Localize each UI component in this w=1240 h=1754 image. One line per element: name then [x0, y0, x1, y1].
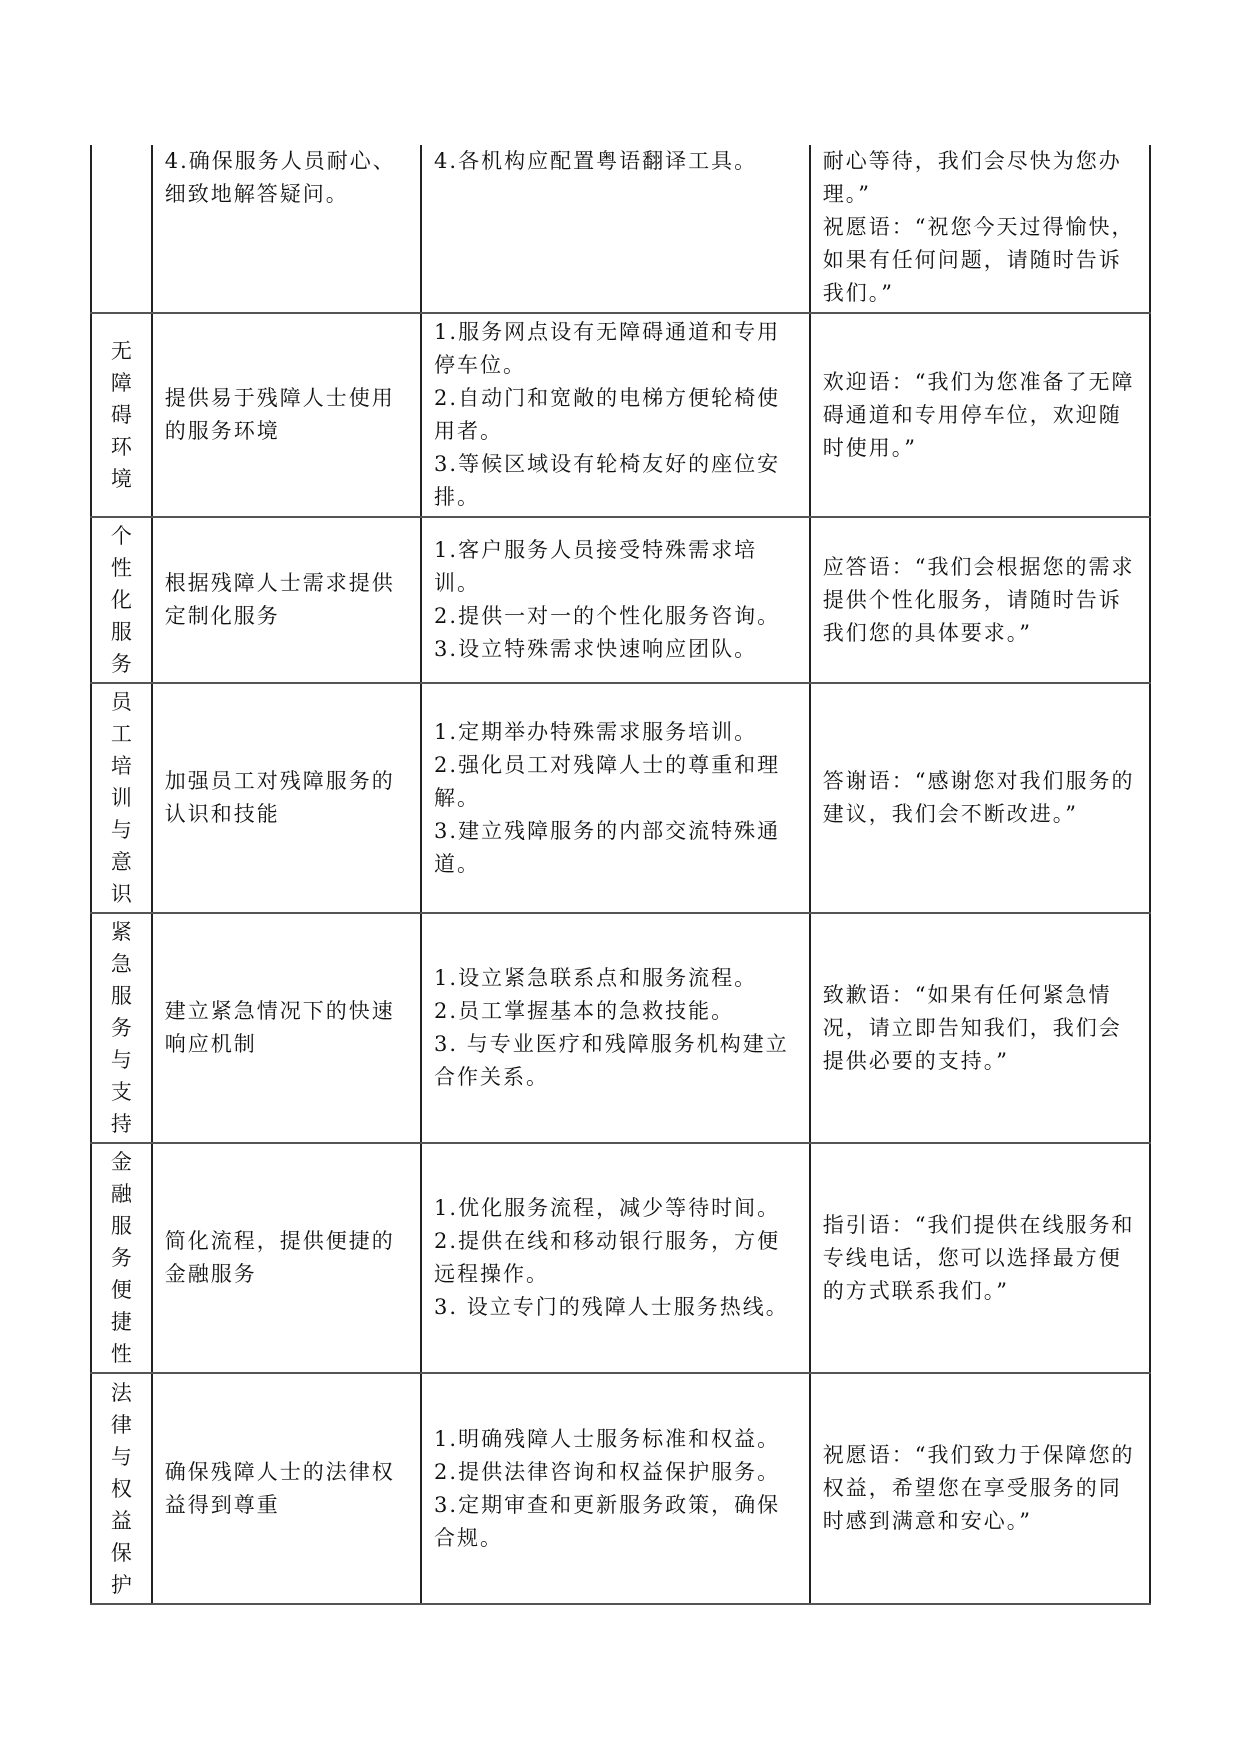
measures-cell: 1.优化服务流程，减少等待时间。2.提供在线和移动银行服务，方便远程操作。3. …: [421, 1143, 810, 1373]
category-char: 权: [104, 1473, 139, 1505]
category-char: 与: [104, 1441, 139, 1473]
category-char: 识: [104, 878, 139, 910]
table-row: 金融服务便捷性简化流程，提供便捷的金融服务1.优化服务流程，减少等待时间。2.提…: [91, 1143, 1150, 1373]
category-char: 性: [104, 1338, 139, 1370]
measure-item: 1.明确残障人士服务标准和权益。: [434, 1423, 797, 1456]
category-cell: 金融服务便捷性: [91, 1143, 152, 1373]
category-char: 与: [104, 1044, 139, 1076]
measure-item: 2.提供法律咨询和权益保护服务。: [434, 1456, 797, 1489]
goal-cell: 根据残障人士需求提供定制化服务: [152, 517, 421, 683]
category-char: 金: [104, 1146, 139, 1178]
category-char: 训: [104, 782, 139, 814]
category-char: 务: [104, 1012, 139, 1044]
phrases-cell: 致歉语：“如果有任何紧急情况，请立即告知我们，我们会提供必要的支持。”: [810, 913, 1150, 1143]
phrase-item: 祝愿语：“祝您今天过得愉快，如果有任何问题，请随时告诉我们。”: [823, 211, 1137, 310]
category-char: 与: [104, 814, 139, 846]
category-char: 个: [104, 520, 139, 552]
category-char: 无: [104, 335, 139, 367]
goal-cell: 加强员工对残障服务的认识和技能: [152, 683, 421, 913]
category-char: 支: [104, 1076, 139, 1108]
category-char: 障: [104, 367, 139, 399]
phrase-item: 耐心等待，我们会尽快为您办理。”: [823, 145, 1137, 211]
category-char: 便: [104, 1274, 139, 1306]
category-char: 持: [104, 1108, 139, 1140]
phrase-item: 祝愿语：“我们致力于保障您的权益，希望您在享受服务的同时感到满意和安心。”: [823, 1439, 1137, 1538]
category-char: 捷: [104, 1306, 139, 1338]
category-cell: 紧急服务与支持: [91, 913, 152, 1143]
goal-cell: 4.确保服务人员耐心、细致地解答疑问。: [152, 145, 421, 313]
measures-cell: 4.各机构应配置粤语翻译工具。: [421, 145, 810, 313]
category-char: 员: [104, 686, 139, 718]
phrase-item: 指引语：“我们提供在线服务和专线电话，您可以选择最方便的方式联系我们。”: [823, 1209, 1137, 1308]
measure-item: 3.建立残障服务的内部交流特殊通道。: [434, 815, 797, 881]
table-row: 4.确保服务人员耐心、细致地解答疑问。4.各机构应配置粤语翻译工具。耐心等待，我…: [91, 145, 1150, 313]
category-cell: 员工培训与意识: [91, 683, 152, 913]
table-row: 个性化服务根据残障人士需求提供定制化服务1.客户服务人员接受特殊需求培训。2.提…: [91, 517, 1150, 683]
category-char: 化: [104, 584, 139, 616]
phrase-item: 致歉语：“如果有任何紧急情况，请立即告知我们，我们会提供必要的支持。”: [823, 979, 1137, 1078]
category-char: 律: [104, 1409, 139, 1441]
measure-item: 4.各机构应配置粤语翻译工具。: [434, 145, 797, 178]
table-row: 紧急服务与支持建立紧急情况下的快速响应机制1.设立紧急联系点和服务流程。2.员工…: [91, 913, 1150, 1143]
category-cell: 法律与权益保护: [91, 1373, 152, 1604]
category-char: 碍: [104, 399, 139, 431]
table-row: 法律与权益保护确保残障人士的法律权益得到尊重1.明确残障人士服务标准和权益。2.…: [91, 1373, 1150, 1604]
phrase-item: 答谢语：“感谢您对我们服务的建议，我们会不断改进。”: [823, 765, 1137, 831]
service-standards-table: 4.确保服务人员耐心、细致地解答疑问。4.各机构应配置粤语翻译工具。耐心等待，我…: [90, 145, 1151, 1605]
measure-item: 3.设立特殊需求快速响应团队。: [434, 633, 797, 666]
measure-item: 1.优化服务流程，减少等待时间。: [434, 1192, 797, 1225]
phrases-cell: 应答语：“我们会根据您的需求提供个性化服务，请随时告诉我们您的具体要求。”: [810, 517, 1150, 683]
category-char: 境: [104, 463, 139, 495]
measure-item: 3. 设立专门的残障人士服务热线。: [434, 1291, 797, 1324]
measure-item: 3. 与专业医疗和残障服务机构建立合作关系。: [434, 1028, 797, 1094]
category-char: 紧: [104, 916, 139, 948]
measure-item: 2.员工掌握基本的急救技能。: [434, 995, 797, 1028]
measure-item: 3.定期审查和更新服务政策，确保合规。: [434, 1489, 797, 1555]
measure-item: 1.服务网点设有无障碍通道和专用停车位。: [434, 316, 797, 382]
measures-cell: 1.服务网点设有无障碍通道和专用停车位。2.自动门和宽敞的电梯方便轮椅使用者。3…: [421, 313, 810, 517]
category-char: 工: [104, 718, 139, 750]
table-row: 无障碍环境提供易于残障人士使用的服务环境1.服务网点设有无障碍通道和专用停车位。…: [91, 313, 1150, 517]
category-char: 环: [104, 431, 139, 463]
category-char: 急: [104, 948, 139, 980]
category-cell: 无障碍环境: [91, 313, 152, 517]
category-char: 益: [104, 1505, 139, 1537]
document-page: 4.确保服务人员耐心、细致地解答疑问。4.各机构应配置粤语翻译工具。耐心等待，我…: [0, 0, 1240, 1754]
phrases-cell: 答谢语：“感谢您对我们服务的建议，我们会不断改进。”: [810, 683, 1150, 913]
measures-cell: 1.客户服务人员接受特殊需求培训。2.提供一对一的个性化服务咨询。3.设立特殊需…: [421, 517, 810, 683]
measure-item: 1.设立紧急联系点和服务流程。: [434, 962, 797, 995]
category-char: 服: [104, 980, 139, 1012]
measure-item: 2.强化员工对残障人士的尊重和理解。: [434, 749, 797, 815]
category-char: 务: [104, 1242, 139, 1274]
goal-cell: 简化流程，提供便捷的金融服务: [152, 1143, 421, 1373]
goal-cell: 提供易于残障人士使用的服务环境: [152, 313, 421, 517]
measure-item: 2.提供一对一的个性化服务咨询。: [434, 600, 797, 633]
phrases-cell: 指引语：“我们提供在线服务和专线电话，您可以选择最方便的方式联系我们。”: [810, 1143, 1150, 1373]
measure-item: 2.自动门和宽敞的电梯方便轮椅使用者。: [434, 382, 797, 448]
category-char: 保: [104, 1537, 139, 1569]
measures-cell: 1.设立紧急联系点和服务流程。2.员工掌握基本的急救技能。3. 与专业医疗和残障…: [421, 913, 810, 1143]
category-char: 护: [104, 1569, 139, 1601]
phrases-cell: 祝愿语：“我们致力于保障您的权益，希望您在享受服务的同时感到满意和安心。”: [810, 1373, 1150, 1604]
phrase-item: 应答语：“我们会根据您的需求提供个性化服务，请随时告诉我们您的具体要求。”: [823, 551, 1137, 650]
category-char: 培: [104, 750, 139, 782]
category-char: 意: [104, 846, 139, 878]
measures-cell: 1.定期举办特殊需求服务培训。2.强化员工对残障人士的尊重和理解。3.建立残障服…: [421, 683, 810, 913]
goal-cell: 确保残障人士的法律权益得到尊重: [152, 1373, 421, 1604]
measure-item: 1.定期举办特殊需求服务培训。: [434, 716, 797, 749]
category-char: 法: [104, 1377, 139, 1409]
measure-item: 2.提供在线和移动银行服务，方便远程操作。: [434, 1225, 797, 1291]
phrases-cell: 欢迎语：“我们为您准备了无障碍通道和专用停车位，欢迎随时使用。”: [810, 313, 1150, 517]
measure-item: 1.客户服务人员接受特殊需求培训。: [434, 534, 797, 600]
table-row: 员工培训与意识加强员工对残障服务的认识和技能1.定期举办特殊需求服务培训。2.强…: [91, 683, 1150, 913]
phrase-item: 欢迎语：“我们为您准备了无障碍通道和专用停车位，欢迎随时使用。”: [823, 366, 1137, 465]
category-cell: 个性化服务: [91, 517, 152, 683]
category-char: 服: [104, 1210, 139, 1242]
goal-cell: 建立紧急情况下的快速响应机制: [152, 913, 421, 1143]
category-char: 融: [104, 1178, 139, 1210]
category-char: 务: [104, 648, 139, 680]
measure-item: 3.等候区域设有轮椅友好的座位安排。: [434, 448, 797, 514]
measures-cell: 1.明确残障人士服务标准和权益。2.提供法律咨询和权益保护服务。3.定期审查和更…: [421, 1373, 810, 1604]
category-char: 服: [104, 616, 139, 648]
category-cell: [91, 145, 152, 313]
phrases-cell: 耐心等待，我们会尽快为您办理。”祝愿语：“祝您今天过得愉快，如果有任何问题，请随…: [810, 145, 1150, 313]
category-char: 性: [104, 552, 139, 584]
